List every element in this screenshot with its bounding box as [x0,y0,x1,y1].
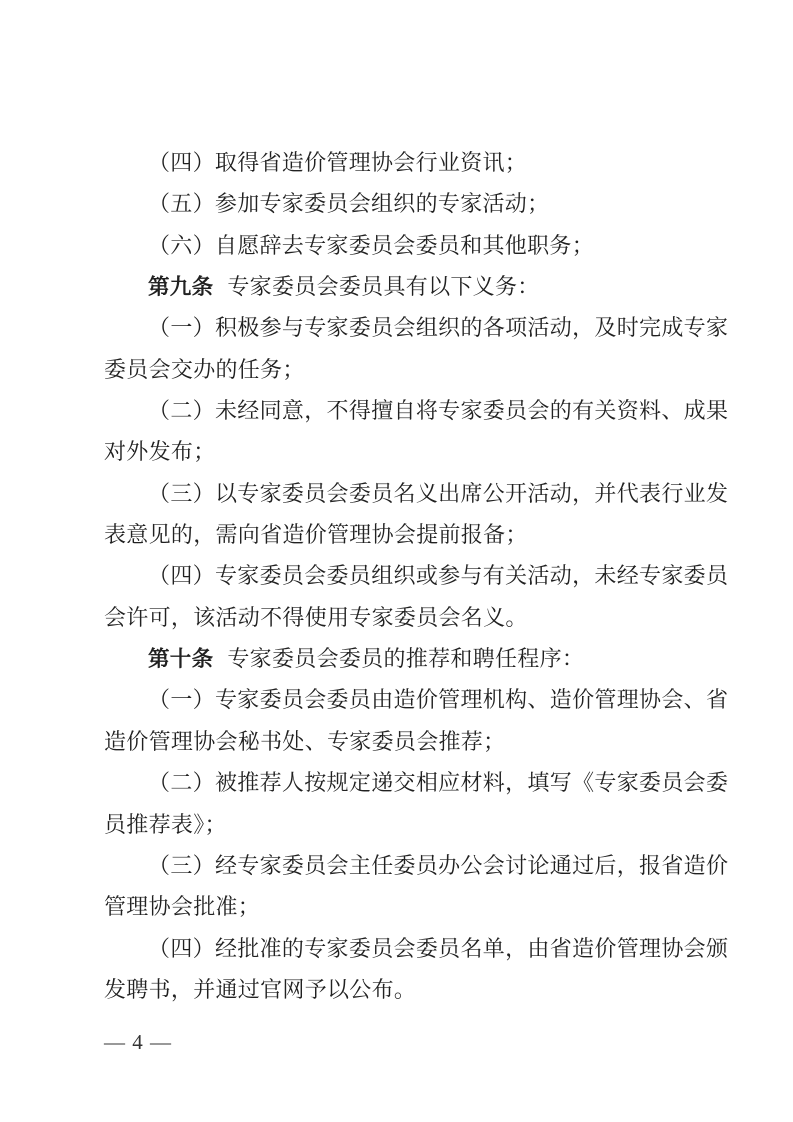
text-line: 表意见的，需向省造价管理协会提前报备； [104,514,728,555]
text-line: 第九条专家委员会委员具有以下义务： [104,266,728,307]
text-line: （二）未经同意，不得擅自将专家委员会的有关资料、成果 [104,390,728,431]
body-text: （四）取得省造价管理协会行业资讯；（五）参加专家委员会组织的专家活动；（六）自愿… [104,142,728,1010]
text-line: （四）经批准的专家委员会委员名单，由省造价管理协会颁 [104,928,728,969]
article-number: 第十条 [148,647,213,671]
line-text: 专家委员会委员具有以下义务： [227,274,539,299]
line-text: 专家委员会委员的推荐和聘任程序： [227,646,584,671]
text-line: 对外发布； [104,431,728,472]
text-line: （六）自愿辞去专家委员会委员和其他职务； [104,225,728,266]
text-line: （二）被推荐人按规定递交相应材料，填写《专家委员会委 [104,762,728,803]
text-line: （三）以专家委员会委员名义出席公开活动，并代表行业发 [104,473,728,514]
text-line: 发聘书，并通过官网予以公布。 [104,969,728,1010]
text-line: 员推荐表》； [104,804,728,845]
text-line: （一）专家委员会委员由造价管理机构、造价管理协会、省 [104,679,728,720]
text-line: 会许可，该活动不得使用专家委员会名义。 [104,597,728,638]
text-line: （四）取得省造价管理协会行业资讯； [104,142,728,183]
page-number: — 4 — [104,1026,172,1058]
text-line: （五）参加专家委员会组织的专家活动； [104,183,728,224]
text-line: 第十条专家委员会委员的推荐和聘任程序： [104,638,728,679]
text-line: 委员会交办的任务； [104,349,728,390]
article-number: 第九条 [148,275,213,299]
text-line: （三）经专家委员会主任委员办公会讨论通过后，报省造价 [104,845,728,886]
text-line: （一）积极参与专家委员会组织的各项活动，及时完成专家 [104,307,728,348]
text-line: （四）专家委员会委员组织或参与有关活动，未经专家委员 [104,555,728,596]
text-line: 管理协会批准； [104,886,728,927]
text-line: 造价管理协会秘书处、专家委员会推荐； [104,721,728,762]
document-page: （四）取得省造价管理协会行业资讯；（五）参加专家委员会组织的专家活动；（六）自愿… [0,0,793,1122]
